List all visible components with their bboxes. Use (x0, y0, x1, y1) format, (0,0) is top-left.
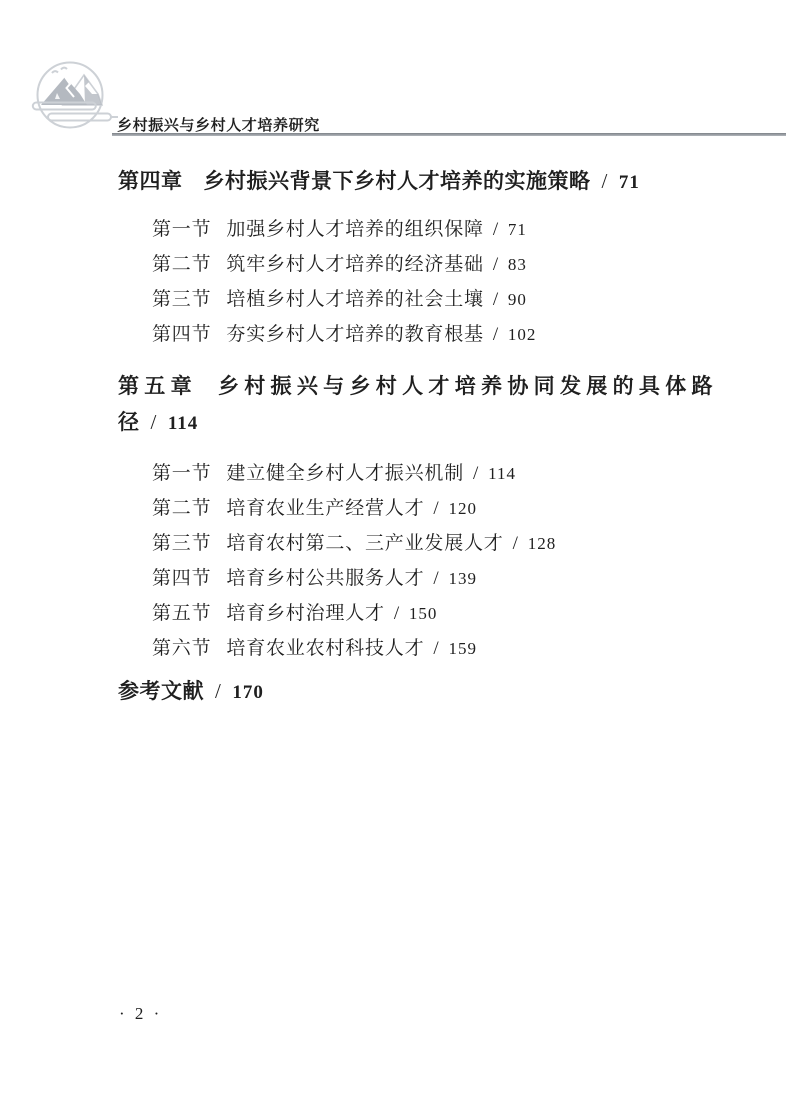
page-separator: / (394, 603, 400, 624)
page-separator: / (151, 410, 157, 434)
chapter-sections: 第一节加强乡村人才培养的组织保障/71第二节筑牢乡村人才培养的经济基础/83第三… (152, 212, 722, 352)
section-page-number: 120 (449, 499, 478, 518)
section-page-number: 150 (409, 604, 438, 623)
page-separator: / (602, 169, 608, 193)
toc-section-row: 第四节培育乡村公共服务人才/139 (152, 561, 722, 596)
chapter-label: 第五章 (118, 374, 197, 398)
header-rule (112, 133, 786, 136)
section-page-number: 139 (449, 569, 478, 588)
section-label: 第二节 (152, 498, 211, 519)
backmatter-page-number: 170 (232, 682, 264, 703)
toc-chapter: 第五章乡村振兴与乡村人才培养协同发展的具体路径/114第一节建立健全乡村人才振兴… (118, 368, 722, 666)
toc-section-row: 第二节筑牢乡村人才培养的经济基础/83 (152, 247, 722, 282)
section-page-number: 128 (528, 534, 557, 553)
table-of-contents: 第四章乡村振兴背景下乡村人才培养的实施策略/71第一节加强乡村人才培养的组织保障… (118, 158, 722, 708)
section-label: 第一节 (152, 219, 211, 240)
page-separator: / (433, 498, 439, 519)
running-head-book-title: 乡村振兴与乡村人才培养研究 (117, 114, 320, 135)
toc-section-row: 第六节培育农业农村科技人才/159 (152, 631, 722, 666)
section-title: 筑牢乡村人才培养的经济基础 (226, 254, 483, 275)
toc-section-row: 第四节夯实乡村人才培养的教育根基/102 (152, 317, 722, 352)
section-page-number: 83 (508, 255, 527, 274)
section-title: 建立健全乡村人才振兴机制 (226, 463, 464, 484)
toc-backmatter-row: 参考文献/170 (118, 676, 722, 708)
book-toc-page: 乡村振兴与乡村人才培养研究 第四章乡村振兴背景下乡村人才培养的实施策略/71第一… (0, 0, 799, 1118)
section-label: 第四节 (152, 324, 211, 345)
chapter-sections: 第一节建立健全乡村人才振兴机制/114第二节培育农业生产经营人才/120第三节培… (152, 456, 722, 666)
page-separator: / (215, 679, 221, 703)
section-title: 培育农业生产经营人才 (226, 498, 424, 519)
section-title: 培育乡村公共服务人才 (226, 568, 424, 589)
section-label: 第二节 (152, 254, 211, 275)
page-separator: / (493, 289, 499, 310)
page-separator: / (433, 638, 439, 659)
section-label: 第三节 (152, 289, 211, 310)
chapter-title: 乡村振兴背景下乡村人才培养的实施策略 (204, 169, 591, 193)
chapter-heading-line-2: 径/114 (118, 404, 722, 442)
section-label: 第三节 (152, 533, 211, 554)
toc-chapter: 第四章乡村振兴背景下乡村人才培养的实施策略/71第一节加强乡村人才培养的组织保障… (118, 166, 722, 352)
chapter-label: 第四章 (118, 169, 183, 193)
section-label: 第一节 (152, 463, 211, 484)
page-separator: / (493, 219, 499, 240)
page-separator: / (493, 254, 499, 275)
mountain-river-publisher-logo-icon (32, 60, 126, 134)
section-label: 第六节 (152, 638, 211, 659)
section-label: 第四节 (152, 568, 211, 589)
page-separator: / (473, 463, 479, 484)
backmatter-title: 参考文献 (118, 679, 204, 703)
chapter-page-number: 114 (168, 413, 198, 434)
chapter-heading: 第四章乡村振兴背景下乡村人才培养的实施策略/71 (118, 166, 722, 198)
page-separator: / (493, 324, 499, 345)
chapter-page-number: 71 (619, 172, 640, 193)
section-label: 第五节 (152, 603, 211, 624)
page-separator: / (513, 533, 519, 554)
section-title: 夯实乡村人才培养的教育根基 (226, 324, 483, 345)
section-page-number: 159 (449, 639, 478, 658)
section-page-number: 102 (508, 325, 537, 344)
page-number: · 2 · (119, 1004, 162, 1024)
section-title: 培育乡村治理人才 (226, 603, 384, 624)
section-title: 培植乡村人才培养的社会土壤 (226, 289, 483, 310)
chapter-heading-line-1: 第五章乡村振兴与乡村人才培养协同发展的具体路 (118, 368, 713, 404)
section-page-number: 71 (508, 220, 527, 239)
toc-section-row: 第五节培育乡村治理人才/150 (152, 596, 722, 631)
toc-section-row: 第三节培育农村第二、三产业发展人才/128 (152, 526, 722, 561)
section-title: 加强乡村人才培养的组织保障 (226, 219, 483, 240)
toc-section-row: 第三节培植乡村人才培养的社会土壤/90 (152, 282, 722, 317)
toc-section-row: 第二节培育农业生产经营人才/120 (152, 491, 722, 526)
section-page-number: 114 (488, 464, 516, 483)
toc-section-row: 第一节建立健全乡村人才振兴机制/114 (152, 456, 722, 491)
section-page-number: 90 (508, 290, 527, 309)
section-title: 培育农业农村科技人才 (226, 638, 424, 659)
chapter-heading: 第五章乡村振兴与乡村人才培养协同发展的具体路径/114 (118, 368, 722, 442)
section-title: 培育农村第二、三产业发展人才 (226, 533, 503, 554)
toc-section-row: 第一节加强乡村人才培养的组织保障/71 (152, 212, 722, 247)
chapter-title-part: 乡村振兴与乡村人才培养协同发展的具体路 (218, 374, 713, 398)
chapter-title-part: 径 (118, 410, 140, 434)
page-separator: / (433, 568, 439, 589)
